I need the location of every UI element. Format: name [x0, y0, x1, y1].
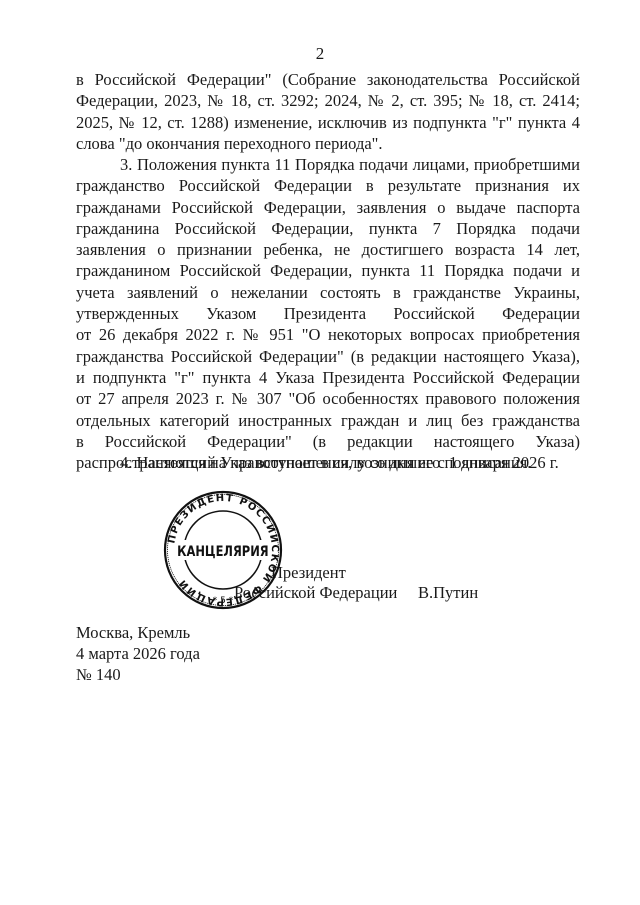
document-footer: Москва, Кремль 4 марта 2026 года № 140: [76, 622, 200, 685]
text-line: от 26 декабря 2022 г. № 951 "О некоторых…: [76, 324, 580, 345]
stamp-center-text: КАНЦЕЛЯРИЯ: [177, 544, 269, 560]
decree-number: № 140: [76, 664, 200, 685]
text-line: и подпункта "г" пункта 4 Указа Президент…: [76, 367, 580, 388]
stamp-bottom-text: * 5 *: [213, 596, 234, 606]
text-line: в Российской Федерации" (в редакции наст…: [76, 431, 580, 452]
text-line: гражданина Российской Федерации, пункта …: [76, 218, 580, 239]
paragraph-continuation: в Российской Федерации" (Собрание законо…: [76, 69, 580, 154]
text-line: 4. Настоящий Указ вступает в силу со дня…: [76, 452, 580, 473]
text-line: отдельных категорий иностранных граждан …: [76, 410, 580, 431]
text-line: гражданство Российской Федерации в резул…: [76, 175, 580, 196]
paragraph-item-3: 3. Положения пункта 11 Порядка подачи ли…: [76, 154, 580, 473]
text-line: от 27 апреля 2023 г. № 307 "Об особеннос…: [76, 388, 580, 409]
paragraph-item-4: 4. Настоящий Указ вступает в силу со дня…: [76, 452, 580, 473]
issue-date: 4 марта 2026 года: [76, 643, 200, 664]
text-line: гражданином Российской Федерации, пункта…: [76, 260, 580, 281]
text-line: в Российской Федерации" (Собрание законо…: [76, 69, 580, 90]
text-line: 3. Положения пункта 11 Порядка подачи ли…: [76, 154, 580, 175]
issue-place: Москва, Кремль: [76, 622, 200, 643]
text-line: учета заявлений о нежелании состоять в г…: [76, 282, 580, 303]
official-seal-icon: ПРЕЗИДЕНТ РОССИЙСКОЙ ФЕДЕРАЦИИ КАНЦЕЛЯРИ…: [163, 490, 283, 610]
text-line: 2025, № 12, ст. 1288) изменение, исключи…: [76, 112, 580, 133]
text-line: Федерации, 2023, № 18, ст. 3292; 2024, №…: [76, 90, 580, 111]
page-number: 2: [0, 44, 640, 64]
text-line: утвержденных Указом Президента Российско…: [76, 303, 580, 324]
signer-name: В.Путин: [418, 583, 478, 603]
text-line: гражданами Российской Федерации, заявлен…: [76, 197, 580, 218]
text-line: гражданства Российской Федерации" (в ред…: [76, 346, 580, 367]
text-line: слова "до окончания переходного периода"…: [76, 133, 580, 154]
text-line: заявления о признании ребенка, не достиг…: [76, 239, 580, 260]
